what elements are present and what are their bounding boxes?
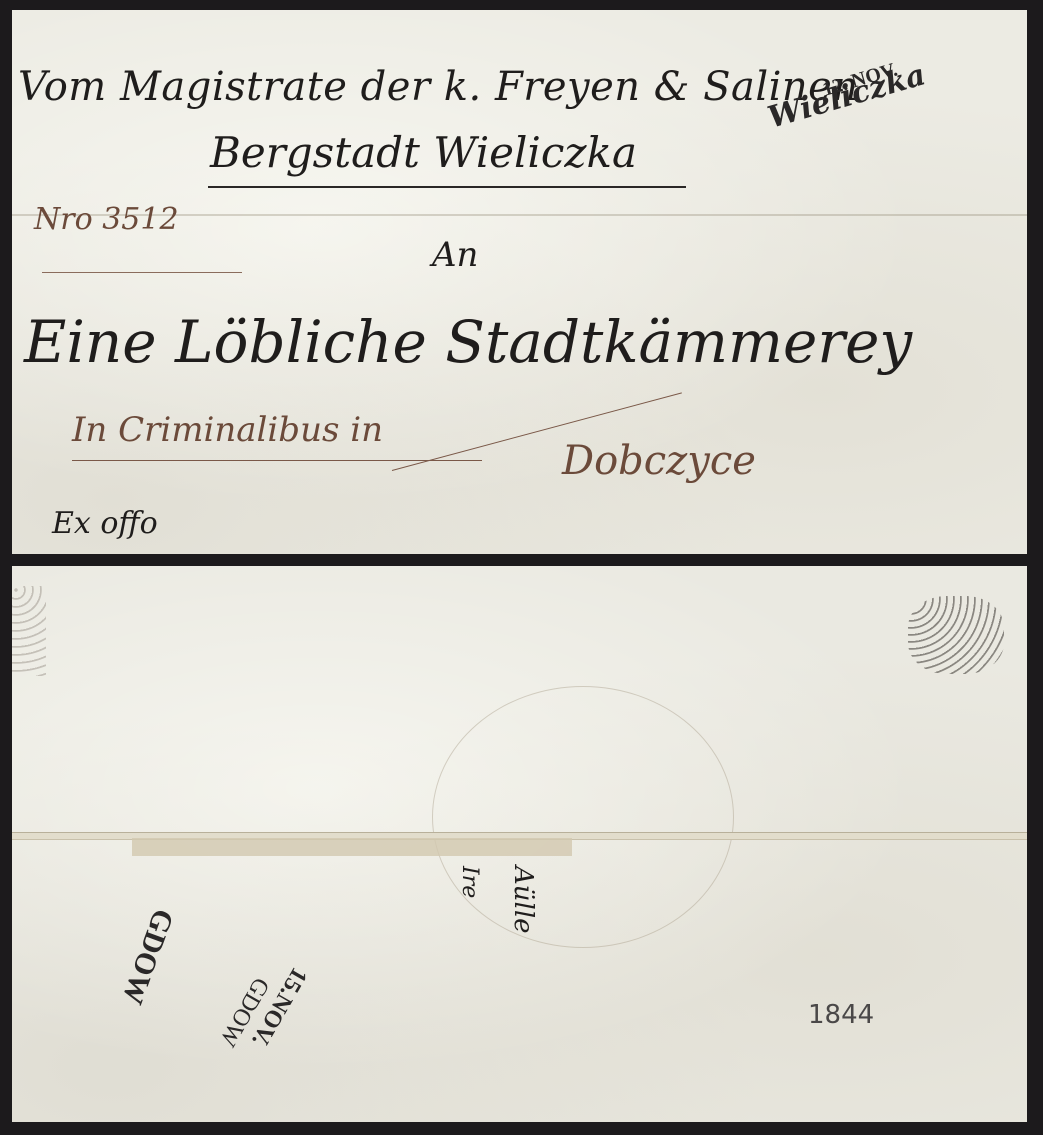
- reference-number: Nro 3512: [34, 202, 179, 237]
- reference-underline: [42, 272, 242, 273]
- receiving-stamp-town: GDOW: [114, 904, 180, 1008]
- cover-back: Aülle Ire GDOW GDOW 15.NOV. 1844: [12, 566, 1027, 1122]
- sender-line-2: Bergstadt Wieliczka: [210, 128, 637, 177]
- cover-front: Vom Magistrate der k. Freyen & Salinen B…: [12, 10, 1027, 554]
- criminal-note: In Criminalibus in: [72, 410, 383, 450]
- wax-seal-outline: [432, 686, 734, 948]
- sender-underline: [208, 186, 686, 188]
- criminal-underline: [72, 460, 482, 461]
- sender-line-1: Vom Magistrate der k. Freyen & Salinen: [18, 64, 859, 110]
- flap-strip: [132, 838, 572, 856]
- addressee: Eine Löbliche Stadtkämmerey: [24, 308, 912, 376]
- destination: Dobczyce: [562, 438, 756, 484]
- seal-remnant-right: [908, 596, 1004, 674]
- flap-script-2: Ire: [457, 866, 482, 898]
- to-word: An: [432, 235, 478, 275]
- seal-remnant-left: [12, 586, 46, 676]
- flap-script: Aülle: [508, 866, 538, 934]
- ex-officio: Ex offo: [52, 506, 158, 541]
- year-note: 1844: [808, 1000, 874, 1030]
